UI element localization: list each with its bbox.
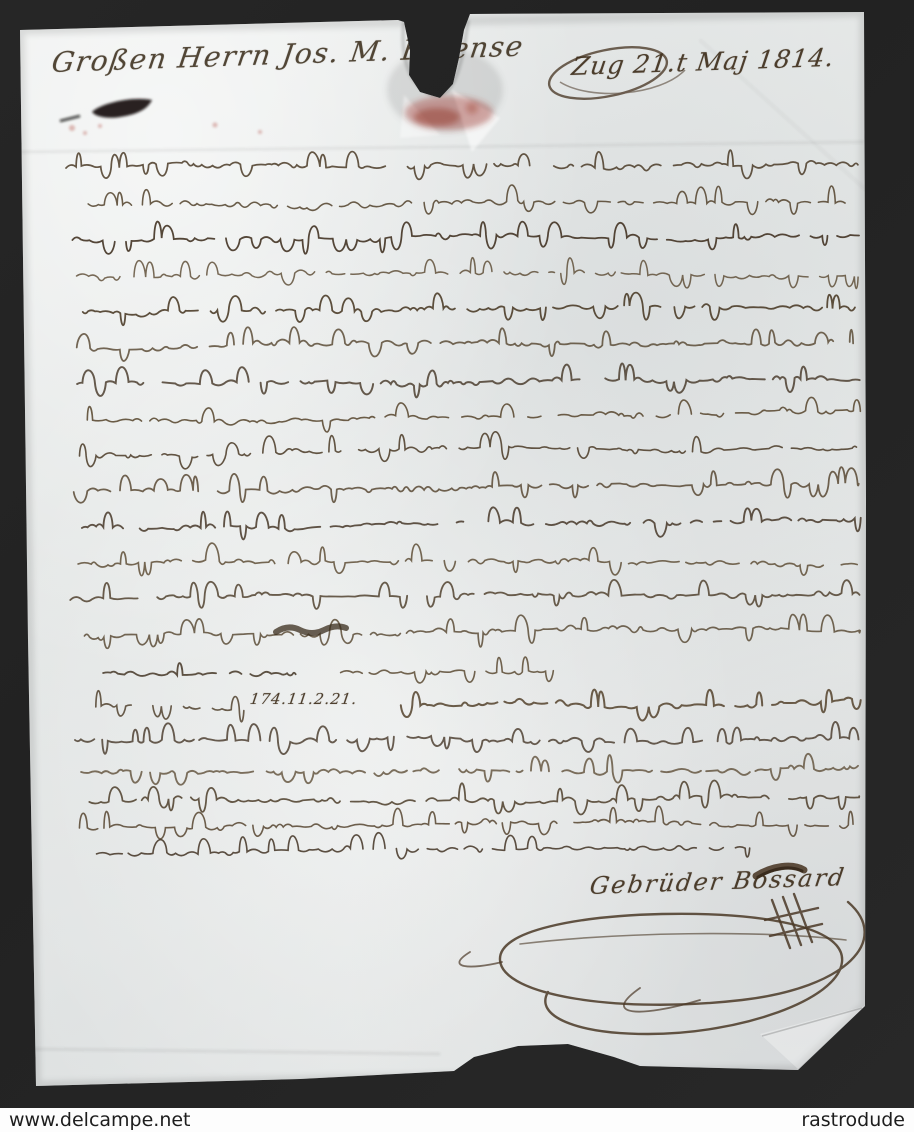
handwriting-line [96,690,244,723]
handwriting-line [401,688,861,722]
handwriting-line [88,183,856,218]
amount-figures: 174.11.2.21. [249,690,359,708]
watermark-left-text: www.delcampe.net [9,1109,191,1131]
letter-paper: Großen Herrn Jos. M. Emense Zug 21.t Maj… [0,0,914,1108]
handwriting-line [82,505,861,540]
handwriting-line [75,720,861,755]
handwriting-line [79,430,856,469]
ink-blot [60,99,152,121]
watermark-bar: www.delcampe.net rastrodude [0,1108,914,1132]
handwriting-line [96,831,749,861]
handwriting-line [79,805,853,840]
red-speckles [69,123,495,1061]
handwriting-line [74,467,859,504]
wax-seal-residue [405,96,493,130]
handwriting-lines [66,149,863,861]
handwriting-line [81,754,858,786]
folded-corner [760,1006,865,1069]
manuscript-art [0,0,914,1108]
fold-creases [20,40,866,1054]
handwriting-line [83,291,855,325]
handwriting-line [87,397,860,433]
handwriting-line [84,613,860,649]
scan-photo: Großen Herrn Jos. M. Emense Zug 21.t Maj… [0,0,914,1132]
handwriting-line [77,362,860,399]
handwriting-line [76,256,858,293]
handwriting-line [70,578,859,610]
handwriting-line [341,657,561,684]
handwriting-line [89,780,859,817]
handwriting-line [72,218,859,255]
handwriting-line [103,662,296,677]
handwriting-line [66,149,858,182]
handwriting-line [78,540,857,579]
watermark-right-text: rastrodude [801,1109,905,1131]
handwriting-line [77,324,854,361]
